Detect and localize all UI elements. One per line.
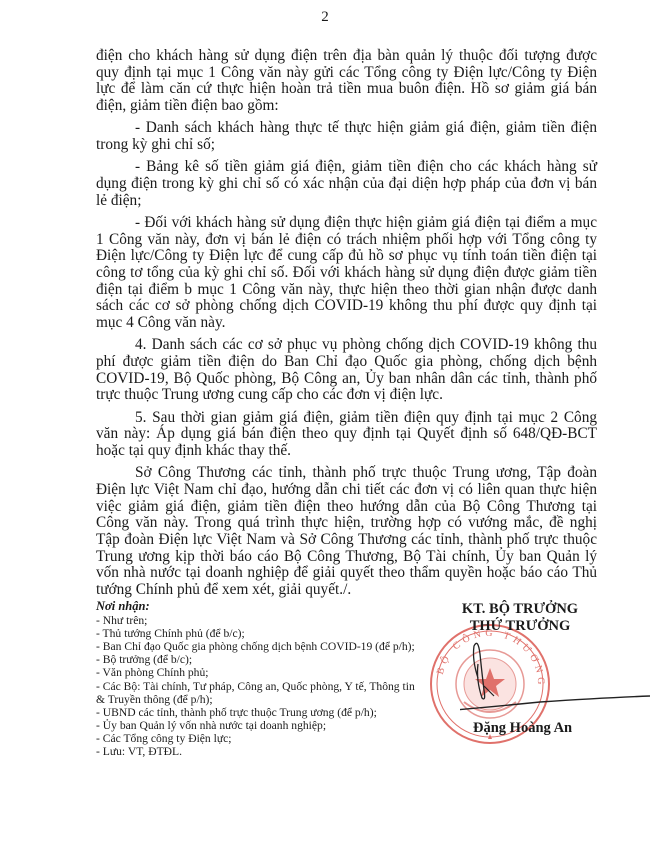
body-text-line: điện cho khách hàng sử dụng điện trên đị… — [96, 47, 597, 64]
body-text-line: Sở Công Thương các tỉnh, thành phố trực … — [135, 464, 597, 481]
recipient-item: - Như trên; — [96, 614, 456, 627]
body-text-line: Công văn này. Trong quá trình thực hiện,… — [96, 514, 597, 531]
recipients-block: Nơi nhận: - Như trên;- Thủ tướng Chính p… — [96, 600, 456, 758]
body-text-line: Điện lực Việt Nam chỉ đạo, hướng dẫn chi… — [96, 481, 597, 498]
recipient-item: - UBND các tỉnh, thành phố trực thuộc Tr… — [96, 706, 456, 719]
body-text-line: vốn nhà nước tại doanh nghiệp để giải qu… — [96, 564, 597, 581]
recipients-title: Nơi nhận: — [96, 600, 456, 613]
recipient-item: - Ủy ban Quản lý vốn nhà nước tại doanh … — [96, 719, 456, 732]
body-text-line: COVID-19, Bộ Quốc phòng, Bộ Công an, Ủy … — [96, 370, 597, 387]
recipient-item: - Các Bộ: Tài chính, Tư pháp, Công an, Q… — [96, 680, 456, 693]
body-text-line: điện, giảm tiền điện bao gồm: — [96, 97, 597, 114]
body-text-line: văn này: Áp dụng giá bán điện theo quy đ… — [96, 425, 597, 442]
body-text-line: mục 4 Công văn này. — [96, 314, 597, 331]
body-text-line: trực thuộc Trung ương cung cấp cho các đ… — [96, 386, 597, 403]
body-text-line: quy định tại mục 1 Công văn này gửi các … — [96, 64, 597, 81]
signer-name: Đặng Hoàng An — [473, 720, 572, 737]
body-text-line: công tơ tổng của kỳ ghi chỉ số. Đối với … — [96, 264, 597, 281]
recipient-item: - Thủ tướng Chính phủ (để b/c); — [96, 627, 456, 640]
body-text-line: phí được giảm tiền điện do Ban Chỉ đạo Q… — [96, 353, 597, 370]
page-number: 2 — [0, 9, 650, 26]
recipient-item: - Các Tổng công ty Điện lực; — [96, 732, 456, 745]
body-text-line: sách các cơ sở phòng chống dịch COVID-19… — [96, 297, 597, 314]
body-text-line: 4. Danh sách các cơ sở phục vụ phòng chố… — [135, 336, 597, 353]
recipient-item: - Ban Chỉ đạo Quốc gia phòng chống dịch … — [96, 640, 456, 653]
signature-title-block: KT. BỘ TRƯỞNG THỨ TRƯỞNG — [440, 601, 600, 635]
recipient-item: & Truyền thông (để p/h); — [96, 693, 456, 706]
recipient-item: - Lưu: VT, ĐTĐL. — [96, 745, 456, 758]
recipients-list: - Như trên;- Thủ tướng Chính phủ (để b/c… — [96, 614, 456, 758]
body-text-line: trong kỳ ghi chỉ số; — [96, 136, 597, 153]
body-text-line: - Đối với khách hàng sử dụng điện thực h… — [135, 214, 597, 231]
body-text-line: lẻ điện; — [96, 192, 597, 209]
body-text-line: việc giảm giá điện, giảm tiền điện theo … — [96, 498, 597, 515]
body-text-line: - Bảng kê số tiền giảm giá điện, giảm ti… — [135, 158, 597, 175]
recipient-item: - Bộ trưởng (để b/c); — [96, 653, 456, 666]
body-text-line: Tập đoàn Điện lực Việt Nam và Sở Công Th… — [96, 531, 597, 548]
body-text-line: 5. Sau thời gian giảm giá điện, giảm tiề… — [135, 409, 597, 426]
body-text-line: - Danh sách khách hàng thực tế thực hiện… — [135, 119, 597, 136]
body-text-line: dụng điện trong kỳ ghi chỉ số có xác nhậ… — [96, 175, 597, 192]
body-text-line: 1 Công văn này, đơn vị bán lẻ điện có tr… — [96, 231, 597, 248]
body-text-line: hoặc tại quy định khác thay thế. — [96, 442, 597, 459]
recipient-item: - Văn phòng Chính phủ; — [96, 666, 456, 679]
body-text-line: tướng Chính phủ để xem xét, giải quyết./… — [96, 581, 597, 598]
body-text-line: lực để làm căn cứ thực hiện hoàn trả tiề… — [96, 80, 597, 97]
handwritten-signature — [460, 640, 650, 720]
body-text-line: Điện lực/Công ty Điện lực để cung cấp đủ… — [96, 247, 597, 264]
body-text-line: điện tại điểm b mục 1 Công văn này, thực… — [96, 281, 597, 298]
body-text-line: Trung ương kịp thời báo cáo Bộ Công Thươ… — [96, 548, 597, 565]
signature-title-line2: THỨ TRƯỞNG — [440, 618, 600, 635]
signature-title-line1: KT. BỘ TRƯỞNG — [440, 601, 600, 618]
